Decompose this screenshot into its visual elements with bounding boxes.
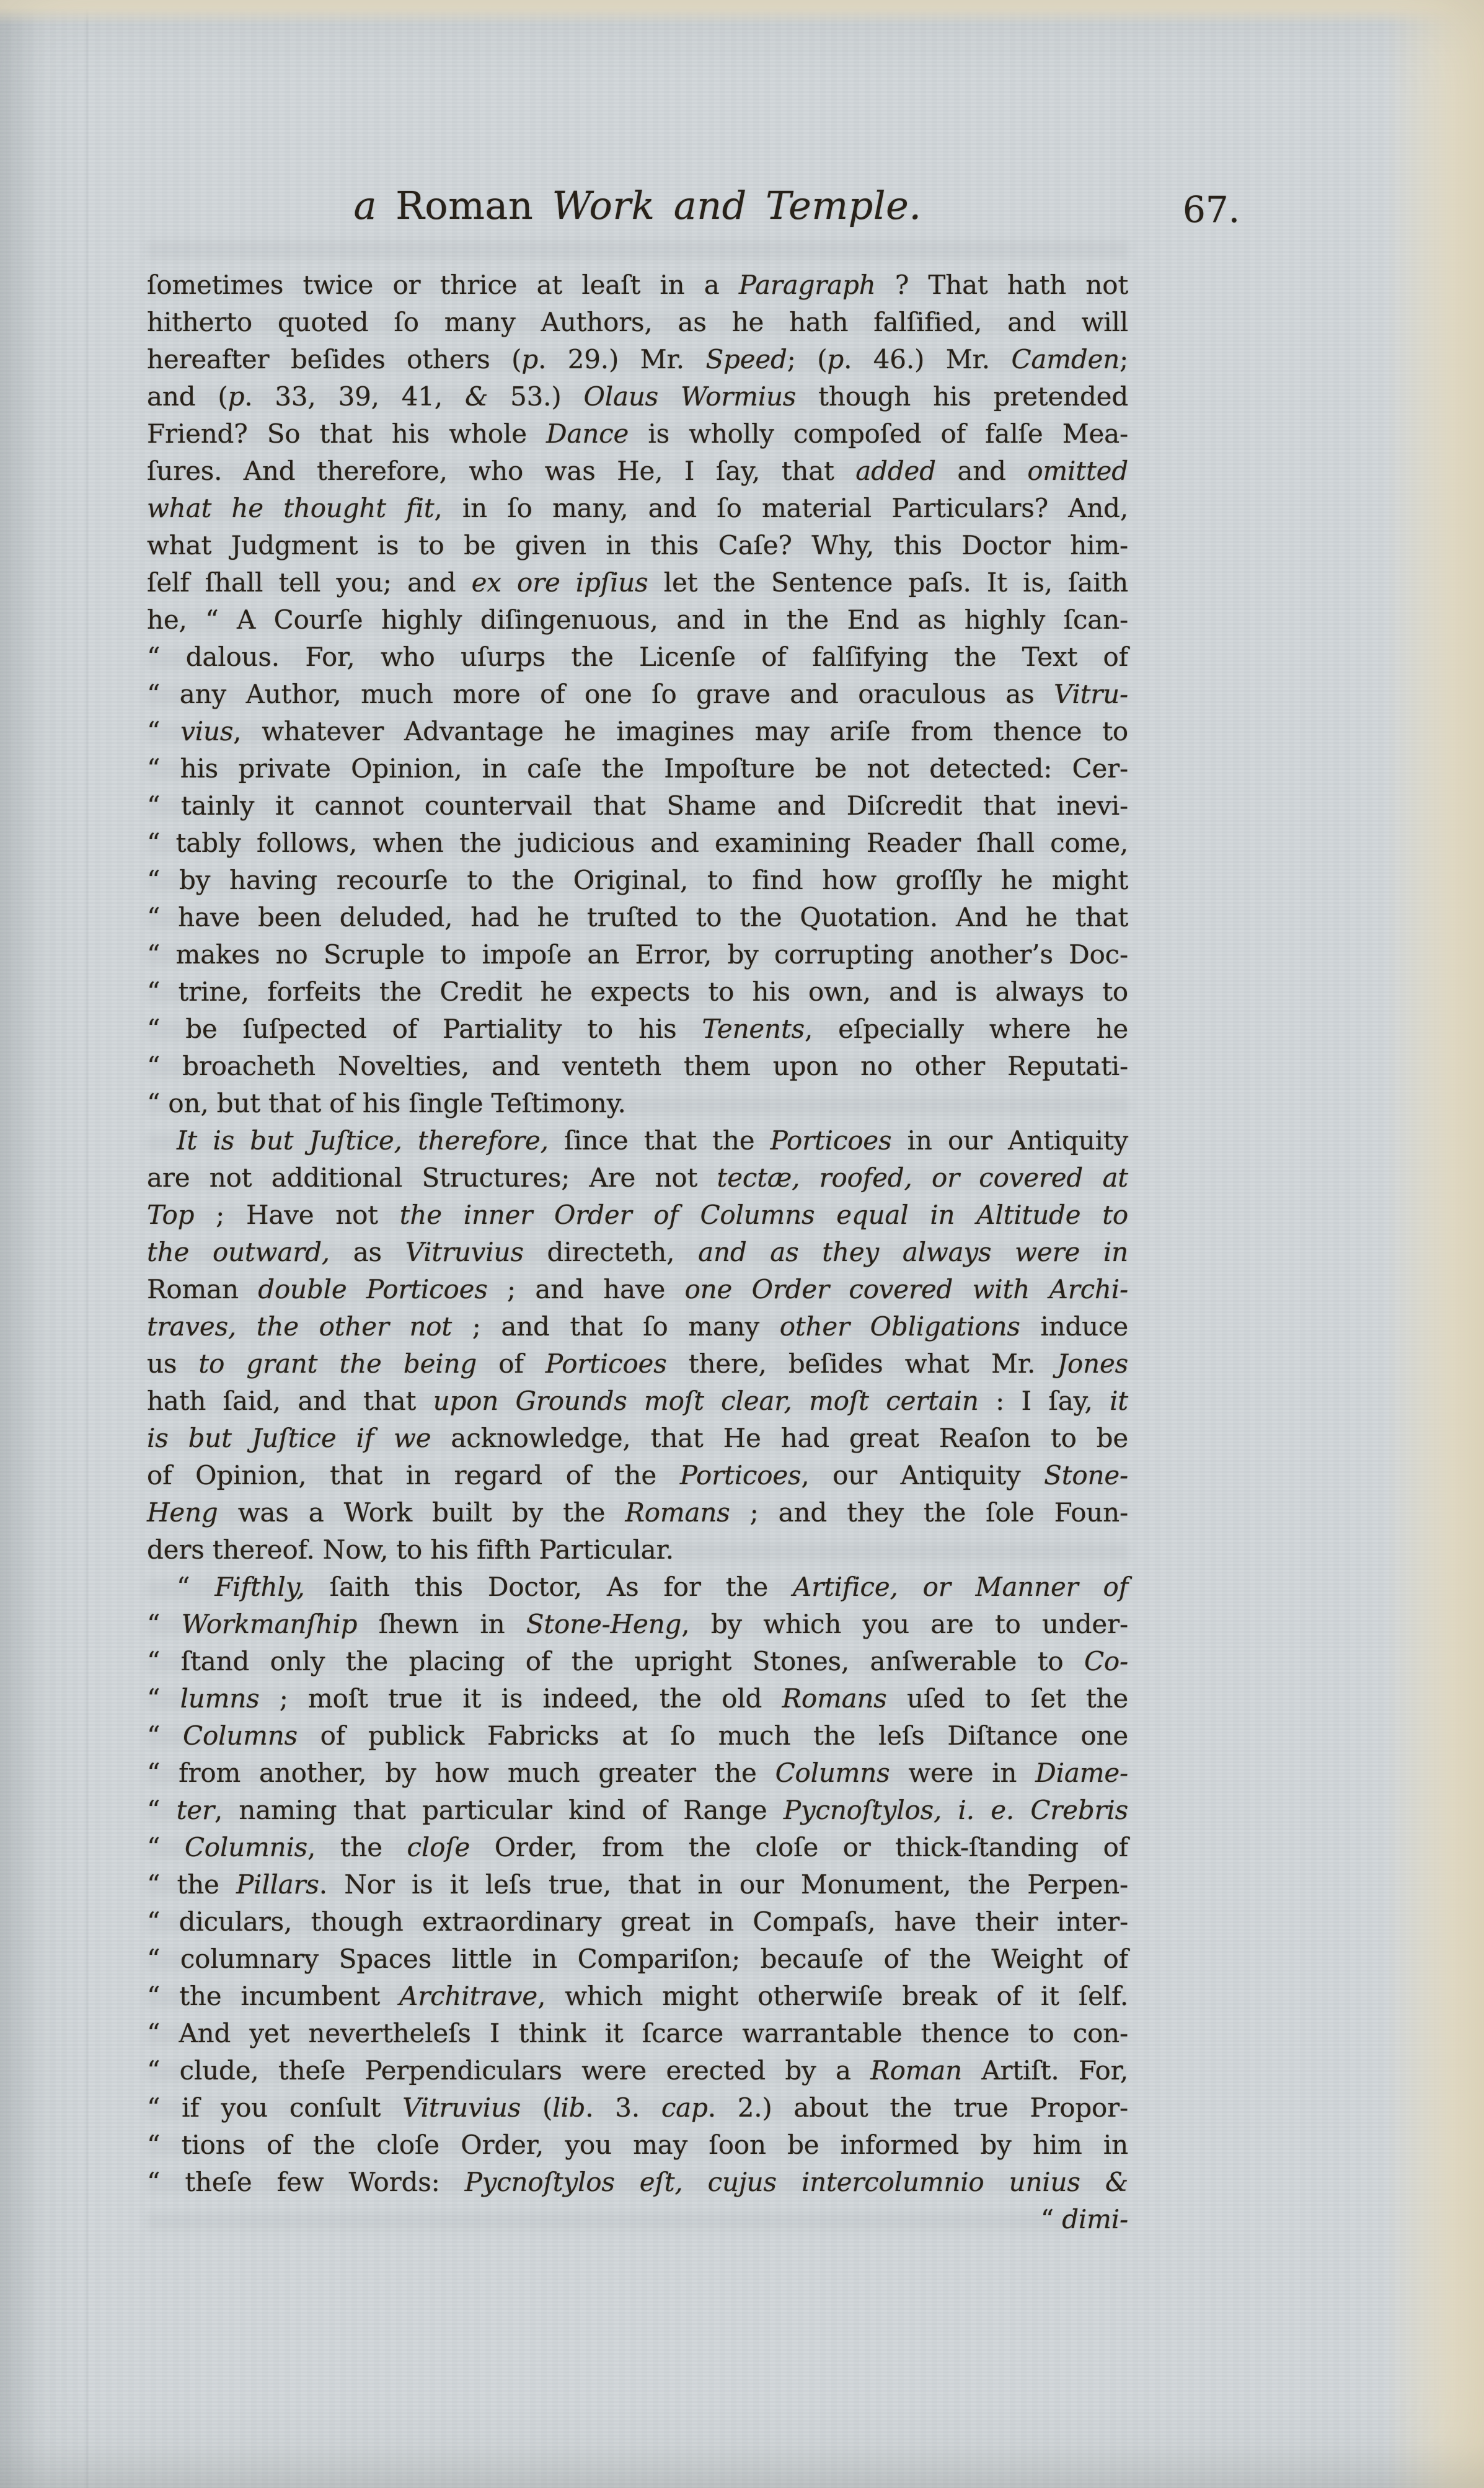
text-line: and (p. 33, 39, 41, & 53.) Olaus Wormius… [147, 378, 1128, 415]
roman-text-run: hereafter beſides others ( [147, 344, 521, 374]
roman-text-run: , naming that particular kind of Range [214, 1795, 784, 1825]
italic-text-run: Jones [1057, 1348, 1128, 1379]
italic-text-run: other Obligations [780, 1311, 1020, 1342]
roman-text-run: Roman [147, 1274, 258, 1304]
text-line: “ columnary Spaces little in Compariſon;… [147, 1941, 1128, 1978]
roman-text-run: and [936, 456, 1027, 486]
roman-text-run: there, beſides what Mr. [667, 1348, 1058, 1379]
roman-text-run: “ tainly it cannot countervail that Sham… [147, 790, 1128, 821]
roman-text-run: Order, from the cloſe or thick-ſtanding … [470, 1832, 1128, 1862]
roman-text-run: “ [147, 1832, 185, 1862]
roman-text-run: “ on, but that of his ſingle Teſtimony. [147, 1088, 626, 1118]
page-right-edge [1385, 0, 1484, 2488]
roman-text-run: hitherto quoted ſo many Authors, as he h… [147, 307, 1128, 337]
roman-text-run: ſince that the [549, 1125, 771, 1156]
text-line: ſelf ſhall tell you; and ex ore ipſius l… [147, 564, 1128, 601]
roman-text-run: “ [1041, 2204, 1062, 2234]
roman-text-run: ſelf ſhall tell you; and [147, 567, 472, 598]
roman-text-run: of Opinion, that in regard of the [147, 1460, 680, 1490]
roman-text-run: “ [177, 1572, 214, 1602]
text-line: Roman double Porticoes ; and have one Or… [147, 1271, 1128, 1308]
text-line: “ by having recourſe to the Original, to… [147, 862, 1128, 899]
roman-text-run: ; ( [787, 344, 828, 374]
page-top-edge [0, 0, 1484, 25]
roman-text-run: ; and that ſo many [452, 1311, 780, 1342]
italic-text-run: p [228, 381, 245, 412]
roman-text-run: us [147, 1348, 198, 1379]
italic-text-run: ex ore ipſius [472, 567, 648, 598]
text-line: Friend? So that his whole Dance is wholl… [147, 415, 1128, 453]
italic-text-run: added [855, 456, 936, 486]
italic-text-run: Vitruvius [405, 1237, 524, 1267]
text-line: “ Columnis, the cloſe Order, from the cl… [147, 1829, 1128, 1866]
italic-text-run: Fifthly, [214, 1572, 304, 1602]
italic-text-run: Paragraph [739, 270, 876, 300]
text-line: “ trine, forfeits the Credit he expects … [147, 973, 1128, 1011]
roman-text-run: Friend? So that his whole [147, 418, 546, 449]
body-text: ſometimes twice or thrice at leaſt in a … [147, 267, 1128, 2238]
text-line: “ his private Opinion, in caſe the Impoſ… [147, 750, 1128, 787]
italic-text-run: Diame- [1035, 1758, 1128, 1788]
text-line: “ ſtand only the placing of the upright … [147, 1643, 1128, 1680]
roman-text-run: “ And yet nevertheleſs I think it ſcarce… [147, 2018, 1128, 2048]
roman-text-run: “ any Author, much more of one ſo grave … [147, 679, 1054, 709]
text-line: “ lumns ; moſt true it is indeed, the ol… [147, 1680, 1128, 1717]
text-line: “ vius, whatever Advantage he imagines m… [147, 713, 1128, 750]
text-line: “ the Pillars. Nor is it leſs true, that… [147, 1866, 1128, 1903]
roman-text-run: ; [1120, 344, 1128, 374]
italic-text-run: Pycnoſtylos eſt, cujus intercolumnio uni… [465, 2167, 1128, 2197]
roman-text-run: uſed to ſet the [887, 1683, 1128, 1714]
italic-text-run: Tenents [702, 1014, 805, 1044]
roman-text-run: ; Have not [194, 1200, 399, 1230]
italic-text-run: p [827, 344, 844, 374]
roman-text-run: and ( [147, 381, 228, 412]
roman-text-run: in our Antiquity [891, 1125, 1128, 1156]
text-line: “ tainly it cannot countervail that Sham… [147, 787, 1128, 825]
roman-text-run: “ dalous. For, who uſurps the Licenſe of… [147, 642, 1128, 672]
text-line: “ diculars, though extraordinary great i… [147, 1903, 1128, 1941]
roman-text-run: “ diculars, though extraordinary great i… [147, 1906, 1128, 1937]
text-line: Top ; Have not the inner Order of Column… [147, 1197, 1128, 1234]
italic-text-run: Romans [782, 1683, 886, 1714]
italic-text-run: dimi- [1062, 2204, 1128, 2234]
text-line: “ dalous. For, who uſurps the Licenſe of… [147, 639, 1128, 676]
italic-text-run: upon Grounds moſt clear, moſt certain [433, 1386, 979, 1416]
italic-text-run: lib [552, 2092, 585, 2123]
text-line: “ have been deluded, had he truſted to t… [147, 899, 1128, 936]
italic-text-run: Pillars [236, 1869, 319, 1900]
italic-text-run: cloſe [407, 1832, 470, 1862]
italic-text-run: Stone- [1044, 1460, 1128, 1490]
roman-text-run: “ the incumbent [147, 1981, 399, 2011]
text-line: “ from another, by how much greater the … [147, 1755, 1128, 1792]
text-line: hereafter beſides others (p. 29.) Mr. Sp… [147, 341, 1128, 378]
italic-text-run: Porticoes [545, 1348, 667, 1379]
roman-text-run: “ [147, 1683, 180, 1714]
roman-text-run: 53.) [488, 381, 583, 412]
text-line: what he thought fit, in ſo many, and ſo … [147, 490, 1128, 527]
italic-text-run: it [1110, 1386, 1128, 1416]
italic-text-run: Stone-Heng [526, 1609, 681, 1639]
text-line: “ on, but that of his ſingle Teſtimony. [147, 1085, 1128, 1122]
italic-text-run: to grant the being [198, 1348, 477, 1379]
roman-text-run: “ columnary Spaces little in Compariſon;… [147, 1944, 1128, 1974]
roman-text-run: , whatever Advantage he imagines may ari… [233, 716, 1128, 746]
roman-text-run: let the Sentence paſs. It is, ſaith [648, 567, 1129, 598]
roman-text-run: ſhewn in [357, 1609, 526, 1639]
text-line: is but Juſtice if we acknowledge, that H… [147, 1420, 1128, 1457]
roman-text-run: “ from another, by how much greater the [147, 1758, 775, 1788]
text-line: “ Fifthly, ſaith this Doctor, As for the… [147, 1569, 1128, 1606]
text-line: are not additional Structures; Are not t… [147, 1159, 1128, 1197]
roman-text-run: acknowledge, that He had great Reaſon to… [431, 1423, 1128, 1453]
text-line: “ Columns of publick Fabricks at ſo much… [147, 1717, 1128, 1755]
italic-text-run: Heng [147, 1497, 218, 1528]
roman-text-run: as [330, 1237, 405, 1267]
roman-text-run: . 3. [585, 2092, 661, 2123]
roman-text-run: “ ſtand only the placing of the upright … [147, 1646, 1084, 1676]
roman-text-run: “ theſe few Words: [147, 2167, 465, 2197]
italic-text-run: Vitruvius [402, 2092, 521, 2123]
roman-text-run: ſures. And therefore, who was He, I ſay,… [147, 456, 855, 486]
roman-text-run: ; and they the ſole Foun- [730, 1497, 1128, 1528]
roman-text-run: , eſpecially where he [805, 1014, 1128, 1044]
italic-text-run: Porticoes [771, 1125, 892, 1156]
page-number: 67. [1183, 187, 1240, 232]
roman-text-run: “ trine, forfeits the Credit he expects … [147, 976, 1128, 1007]
text-line: “ any Author, much more of one ſo grave … [147, 676, 1128, 713]
italic-text-run: Architrave [399, 1981, 537, 2011]
text-line: “ And yet nevertheleſs I think it ſcarce… [147, 2015, 1128, 2052]
roman-text-run: , the [307, 1832, 407, 1862]
roman-text-run: “ have been deluded, had he truſted to t… [147, 902, 1128, 932]
italic-text-run: & [465, 381, 488, 412]
running-title: a Roman Work and Temple. [147, 184, 1128, 228]
italic-text-run: Dance [546, 418, 629, 449]
italic-text-run: and as they always were in [698, 1237, 1128, 1267]
roman-text-run: “ [147, 1609, 182, 1639]
text-line: “ ter, naming that particular kind of Ra… [147, 1792, 1128, 1829]
roman-text-run: , our Antiquity [801, 1460, 1044, 1490]
text-line: “ makes no Scruple to impoſe an Error, b… [147, 936, 1128, 973]
roman-text-run: of [477, 1348, 545, 1379]
text-line: “ if you conſult Vitruvius (lib. 3. cap.… [147, 2089, 1128, 2127]
text-line: “ Workmanſhip ſhewn in Stone-Heng, by wh… [147, 1606, 1128, 1643]
roman-text-run: , which might otherwiſe break of it ſelf… [537, 1981, 1128, 2011]
roman-text-run: “ his private Opinion, in caſe the Impoſ… [147, 753, 1128, 784]
italic-text-run: lumns [180, 1683, 260, 1714]
italic-text-run: Porticoes [680, 1460, 802, 1490]
roman-text-run: “ by having recourſe to the Original, to… [147, 865, 1128, 895]
roman-text-run: “ tions of the cloſe Order, you may ſoon… [147, 2130, 1128, 2160]
roman-text-run: “ [147, 1795, 177, 1825]
text-line: “ clude, theſe Perpendiculars were erect… [147, 2052, 1128, 2089]
italic-text-run: Romans [625, 1497, 730, 1528]
italic-text-run: It is but Juſtice, therefore, [177, 1125, 549, 1156]
text-line: “ tions of the cloſe Order, you may ſoon… [147, 2127, 1128, 2164]
italic-text-run: Columns [775, 1758, 890, 1788]
text-line: “ theſe few Words: Pycnoſtylos eſt, cuju… [147, 2164, 1128, 2201]
roman-text-run: : I ſay, [979, 1386, 1110, 1416]
roman-text-run: “ broacheth Novelties, and venteth them … [147, 1051, 1128, 1081]
roman-text-run: he, “ A Courſe highly diſingenuous, and … [147, 604, 1128, 635]
text-line: us to grant the being of Porticoes there… [147, 1345, 1128, 1383]
italic-text-run: Speed [705, 344, 787, 374]
roman-text-run: “ [147, 1720, 183, 1751]
roman-text-run: was a Work built by the [218, 1497, 625, 1528]
roman-text-run: what Judgment is to be given in this Caſ… [147, 530, 1128, 560]
italic-text-run: Top [147, 1200, 194, 1230]
paper-fold-line [86, 0, 89, 2488]
roman-text-run: “ if you conſult [147, 2092, 402, 2123]
italic-text-run: what he thought fit [147, 493, 434, 523]
italic-text-run: Roman [870, 2055, 962, 2086]
roman-text-run: ; and have [488, 1274, 685, 1304]
roman-text-run: ders thereof. Now, to his fifth Particul… [147, 1534, 674, 1565]
roman-text-run: ſometimes twice or thrice at leaſt in a [147, 270, 739, 300]
italic-text-run: one Order covered with Archi- [685, 1274, 1128, 1304]
roman-text-run: are not additional Structures; Are not [147, 1162, 717, 1193]
text-line: ſometimes twice or thrice at leaſt in a … [147, 267, 1128, 304]
roman-text-run: . 46.) Mr. [844, 344, 1011, 374]
text-line: of Opinion, that in regard of the Portic… [147, 1457, 1128, 1494]
page-bottom-shadow [0, 2445, 1484, 2488]
roman-text-run: directeth, [524, 1237, 698, 1267]
italic-text-run: Columns [183, 1720, 298, 1751]
italic-text-run: cap [661, 2092, 708, 2123]
italic-text-run: omitted [1027, 456, 1128, 486]
roman-text-run: were in [890, 1758, 1036, 1788]
roman-text-run: hath ſaid, and that [147, 1386, 433, 1416]
italic-text-run: the inner Order of Columns equal in Alti… [400, 1200, 1128, 1230]
roman-text-run: ( [521, 2092, 552, 2123]
italic-text-run: Columnis [185, 1832, 307, 1862]
roman-text-run: “ [147, 716, 180, 746]
text-line: “ dimi- [147, 2201, 1128, 2238]
roman-text-run: is wholly compoſed of falſe Mea- [629, 418, 1128, 449]
text-line: hitherto quoted ſo many Authors, as he h… [147, 304, 1128, 341]
roman-text-run: . 2.) about the true Propor- [708, 2092, 1128, 2123]
roman-text-run: Roman [395, 183, 552, 228]
text-line: “ be ſuſpected of Partiality to his Tene… [147, 1011, 1128, 1048]
text-line: the outward, as Vitruvius directeth, and… [147, 1234, 1128, 1271]
italic-text-run: Vitru- [1054, 679, 1128, 709]
text-line: traves, the other not ; and that ſo many… [147, 1308, 1128, 1345]
text-line: “ broacheth Novelties, and venteth them … [147, 1048, 1128, 1085]
roman-text-run: Artiſt. For, [962, 2055, 1128, 2086]
text-line: Heng was a Work built by the Romans ; an… [147, 1494, 1128, 1531]
italic-text-run: Artifice, or Manner of [793, 1572, 1128, 1602]
italic-text-run: Work and Temple. [552, 183, 922, 228]
italic-text-run: vius [180, 716, 233, 746]
roman-text-run: ; moſt true it is indeed, the old [260, 1683, 782, 1714]
italic-text-run: Pycnoſtylos, i. e. Crebris [784, 1795, 1128, 1825]
text-line: ſures. And therefore, who was He, I ſay,… [147, 453, 1128, 490]
text-line: “ tably follows, when the judicious and … [147, 825, 1128, 862]
roman-text-run: of publick Fabricks at ſo much the leſs … [298, 1720, 1128, 1751]
roman-text-run: induce [1020, 1311, 1128, 1342]
roman-text-run: though his pretended [796, 381, 1128, 412]
italic-text-run: double Porticoes [258, 1274, 487, 1304]
italic-text-run: traves, the other not [147, 1311, 452, 1342]
italic-text-run: a [353, 183, 395, 228]
roman-text-run: . Nor is it leſs true, that in our Monum… [319, 1869, 1128, 1900]
italic-text-run: Co- [1084, 1646, 1128, 1676]
roman-text-run: ſaith this Doctor, As for the [305, 1572, 793, 1602]
text-line: It is but Juſtice, therefore, ſince that… [147, 1122, 1128, 1159]
roman-text-run: “ the [147, 1869, 236, 1900]
roman-text-run: “ tably follows, when the judicious and … [147, 828, 1128, 858]
page-left-shadow [0, 0, 43, 2488]
italic-text-run: ter [177, 1795, 214, 1825]
scanned-book-page: { "page": { "paper_color": "#d0d5d8", "e… [0, 0, 1484, 2488]
italic-text-run: Camden [1011, 344, 1120, 374]
text-line: he, “ A Courſe highly diſingenuous, and … [147, 601, 1128, 639]
roman-text-run: . 33, 39, 41, [244, 381, 465, 412]
roman-text-run: ? That hath not [876, 270, 1128, 300]
roman-text-run: “ be ſuſpected of Partiality to his [147, 1014, 702, 1044]
roman-text-run: . 29.) Mr. [538, 344, 705, 374]
roman-text-run: , by which you are to under- [681, 1609, 1128, 1639]
roman-text-run: “ clude, theſe Perpendiculars were erect… [147, 2055, 870, 2086]
italic-text-run: p [521, 344, 538, 374]
italic-text-run: the outward, [147, 1237, 330, 1267]
italic-text-run: Olaus Wormius [584, 381, 797, 412]
text-line: hath ſaid, and that upon Grounds moſt cl… [147, 1383, 1128, 1420]
italic-text-run: Workmanſhip [182, 1609, 358, 1639]
text-line: ders thereof. Now, to his fifth Particul… [147, 1531, 1128, 1569]
roman-text-run: “ makes no Scruple to impoſe an Error, b… [147, 939, 1128, 970]
text-line: what Judgment is to be given in this Caſ… [147, 527, 1128, 564]
italic-text-run: is but Juſtice if we [147, 1423, 431, 1453]
roman-text-run: , in ſo many, and ſo material Particular… [434, 493, 1128, 523]
text-line: “ the incumbent Architrave, which might … [147, 1978, 1128, 2015]
italic-text-run: tectæ, roofed, or covered at [717, 1162, 1128, 1193]
